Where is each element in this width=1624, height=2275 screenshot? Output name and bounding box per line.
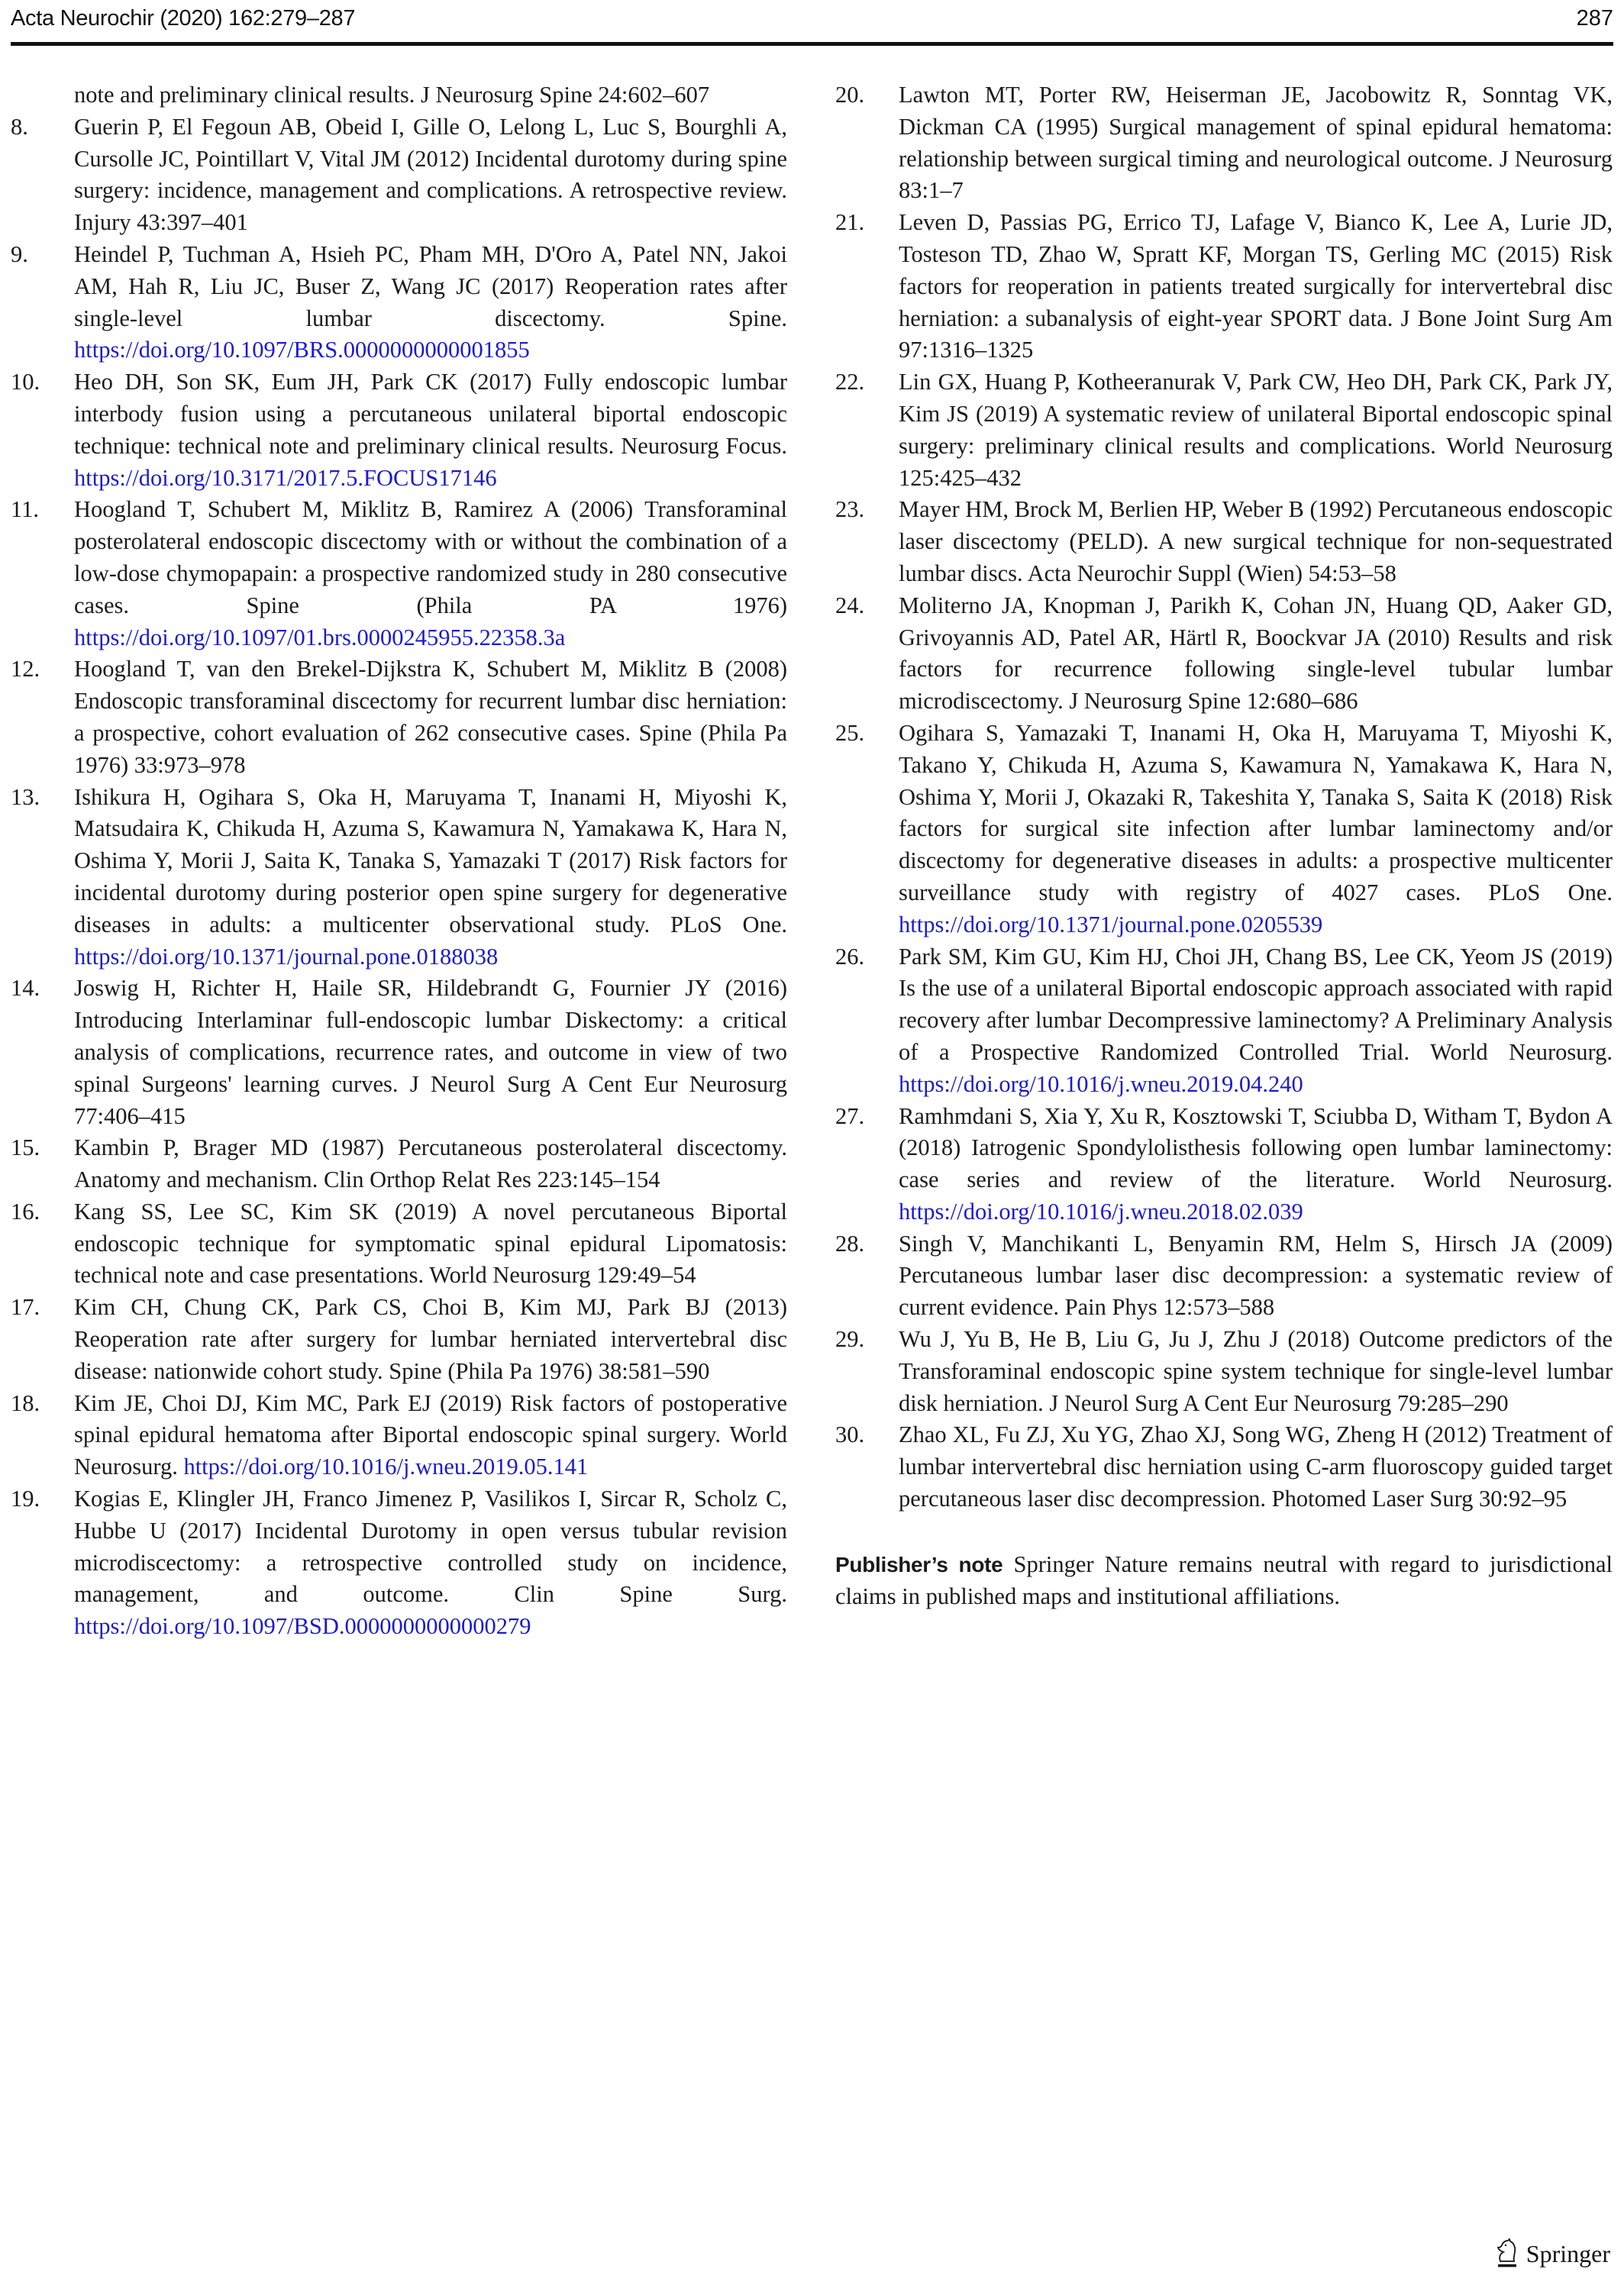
reference-number: 22. <box>835 366 864 399</box>
reference-item: 19.Kogias E, Klingler JH, Franco Jimenez… <box>11 1483 787 1643</box>
reference-text-block: Kang SS, Lee SC, Kim SK (2019) A novel p… <box>74 1196 787 1292</box>
reference-text-block: Heo DH, Son SK, Eum JH, Park CK (2017) F… <box>74 366 787 494</box>
reference-text-block: Park SM, Kim GU, Kim HJ, Choi JH, Chang … <box>899 941 1613 1101</box>
reference-text: Park SM, Kim GU, Kim HJ, Choi JH, Chang … <box>899 944 1613 1065</box>
reference-text: Moliterno JA, Knopman J, Parikh K, Cohan… <box>899 592 1613 714</box>
reference-text-block: Hoogland T, van den Brekel-Dijkstra K, S… <box>74 653 787 781</box>
reference-text: Ishikura H, Ogihara S, Oka H, Maruyama T… <box>74 784 787 937</box>
reference-text-block: Guerin P, El Fegoun AB, Obeid I, Gille O… <box>74 111 787 239</box>
reference-text-block: Singh V, Manchikanti L, Benyamin RM, Hel… <box>899 1228 1613 1324</box>
reference-text: Zhao XL, Fu ZJ, Xu YG, Zhao XJ, Song WG,… <box>899 1421 1613 1512</box>
reference-item: 14.Joswig H, Richter H, Haile SR, Hildeb… <box>11 973 787 1132</box>
reference-number: 24. <box>835 590 864 622</box>
reference-text-block: Lawton MT, Porter RW, Heiserman JE, Jaco… <box>899 79 1613 207</box>
reference-number: 10. <box>11 366 40 399</box>
reference-item: 27.Ramhmdani S, Xia Y, Xu R, Kosztowski … <box>835 1101 1613 1228</box>
reference-text-block: Moliterno JA, Knopman J, Parikh K, Cohan… <box>899 590 1613 718</box>
reference-item: 22.Lin GX, Huang P, Kotheeranurak V, Par… <box>835 366 1613 494</box>
reference-item: 23.Mayer HM, Brock M, Berlien HP, Weber … <box>835 494 1613 589</box>
reference-text: Singh V, Manchikanti L, Benyamin RM, Hel… <box>899 1231 1613 1321</box>
reference-text: Joswig H, Richter H, Haile SR, Hildebran… <box>74 975 787 1128</box>
reference-text: Kogias E, Klingler JH, Franco Jimenez P,… <box>74 1486 787 1607</box>
doi-link[interactable]: https://doi.org/10.1016/j.wneu.2018.02.0… <box>899 1199 1303 1225</box>
reference-number: 19. <box>11 1483 40 1515</box>
reference-text: Wu J, Yu B, He B, Liu G, Ju J, Zhu J (20… <box>899 1326 1613 1416</box>
reference-text: Mayer HM, Brock M, Berlien HP, Weber B (… <box>899 496 1613 586</box>
reference-number: 28. <box>835 1228 864 1260</box>
doi-link[interactable]: https://doi.org/10.1016/j.wneu.2019.04.2… <box>899 1071 1303 1097</box>
doi-link[interactable]: https://doi.org/10.1097/BRS.000000000000… <box>74 337 530 363</box>
reference-text: Hoogland T, Schubert M, Miklitz B, Ramir… <box>74 496 787 618</box>
reference-item: 21.Leven D, Passias PG, Errico TJ, Lafag… <box>835 207 1613 366</box>
reference-item: 10.Heo DH, Son SK, Eum JH, Park CK (2017… <box>11 366 787 494</box>
reference-text-block: Mayer HM, Brock M, Berlien HP, Weber B (… <box>899 494 1613 589</box>
reference-number: 23. <box>835 494 864 526</box>
reference-item: 12.Hoogland T, van den Brekel-Dijkstra K… <box>11 653 787 781</box>
reference-text-block: Heindel P, Tuchman A, Hsieh PC, Pham MH,… <box>74 239 787 366</box>
reference-text-block: Joswig H, Richter H, Haile SR, Hildebran… <box>74 973 787 1132</box>
reference-text-block: Wu J, Yu B, He B, Liu G, Ju J, Zhu J (20… <box>899 1324 1613 1419</box>
reference-number: 29. <box>835 1324 864 1356</box>
journal-citation: Acta Neurochir (2020) 162:279–287 <box>11 6 355 31</box>
page-number: 287 <box>1577 6 1613 31</box>
reference-item: 20.Lawton MT, Porter RW, Heiserman JE, J… <box>835 79 1613 207</box>
reference-number: 14. <box>11 973 40 1005</box>
springer-wordmark: Springer <box>1526 2240 1610 2268</box>
doi-link[interactable]: https://doi.org/10.1371/journal.pone.020… <box>899 912 1322 937</box>
reference-item: 30.Zhao XL, Fu ZJ, Xu YG, Zhao XJ, Song … <box>835 1419 1613 1515</box>
doi-link[interactable]: https://doi.org/10.1097/01.brs.000024595… <box>74 624 565 650</box>
reference-list-right: 20.Lawton MT, Porter RW, Heiserman JE, J… <box>835 79 1613 1515</box>
reference-text: Lawton MT, Porter RW, Heiserman JE, Jaco… <box>899 82 1613 203</box>
doi-link[interactable]: https://doi.org/10.1097/BSD.000000000000… <box>74 1613 531 1639</box>
reference-text: Ramhmdani S, Xia Y, Xu R, Kosztowski T, … <box>899 1103 1613 1193</box>
reference-number: 12. <box>11 653 40 686</box>
reference-text: Leven D, Passias PG, Errico TJ, Lafage V… <box>899 209 1613 363</box>
reference-text-block: Leven D, Passias PG, Errico TJ, Lafage V… <box>899 207 1613 366</box>
reference-number: 21. <box>835 207 864 239</box>
running-header: Acta Neurochir (2020) 162:279–287 287 <box>11 5 1613 44</box>
reference-text-block: Ishikura H, Ogihara S, Oka H, Maruyama T… <box>74 782 787 973</box>
reference-text-block: Kim CH, Chung CK, Park CS, Choi B, Kim M… <box>74 1292 787 1387</box>
reference-text: Kambin P, Brager MD (1987) Percutaneous … <box>74 1134 787 1192</box>
reference-item: 13.Ishikura H, Ogihara S, Oka H, Maruyam… <box>11 782 787 973</box>
reference-text-block: Kogias E, Klingler JH, Franco Jimenez P,… <box>74 1483 787 1643</box>
reference-list-left: 8.Guerin P, El Fegoun AB, Obeid I, Gille… <box>11 111 787 1643</box>
reference-text-block: Hoogland T, Schubert M, Miklitz B, Ramir… <box>74 494 787 653</box>
reference-number: 9. <box>11 239 28 271</box>
reference-item: 28.Singh V, Manchikanti L, Benyamin RM, … <box>835 1228 1613 1324</box>
doi-link[interactable]: https://doi.org/10.1016/j.wneu.2019.05.1… <box>183 1454 588 1480</box>
reference-item: 9.Heindel P, Tuchman A, Hsieh PC, Pham M… <box>11 239 787 366</box>
left-column: note and preliminary clinical results. J… <box>11 79 787 1643</box>
publishers-note-lead: Publisher’s note <box>835 1553 1002 1576</box>
header-rule <box>11 42 1613 46</box>
reference-item: 16.Kang SS, Lee SC, Kim SK (2019) A nove… <box>11 1196 787 1292</box>
reference-number: 30. <box>835 1419 864 1451</box>
reference-item: 24.Moliterno JA, Knopman J, Parikh K, Co… <box>835 590 1613 718</box>
reference-text: Hoogland T, van den Brekel-Dijkstra K, S… <box>74 656 787 777</box>
reference-text-block: Ramhmdani S, Xia Y, Xu R, Kosztowski T, … <box>899 1101 1613 1228</box>
reference-number: 25. <box>835 718 864 750</box>
doi-link[interactable]: https://doi.org/10.3171/2017.5.FOCUS1714… <box>74 465 497 491</box>
reference-text-block: Kim JE, Choi DJ, Kim MC, Park EJ (2019) … <box>74 1388 787 1483</box>
reference-number: 8. <box>11 111 28 144</box>
publishers-note: Publisher’s note Springer Nature remains… <box>835 1549 1613 1613</box>
reference-item: 26.Park SM, Kim GU, Kim HJ, Choi JH, Cha… <box>835 941 1613 1101</box>
springer-logo: Springer <box>1494 2237 1610 2270</box>
reference-number: 18. <box>11 1388 40 1420</box>
reference-item: 8.Guerin P, El Fegoun AB, Obeid I, Gille… <box>11 111 787 239</box>
reference-text: Lin GX, Huang P, Kotheeranurak V, Park C… <box>899 369 1613 490</box>
reference-text: Guerin P, El Fegoun AB, Obeid I, Gille O… <box>74 114 787 235</box>
doi-link[interactable]: https://doi.org/10.1371/journal.pone.018… <box>74 944 498 970</box>
reference-number: 27. <box>835 1101 864 1133</box>
reference-item: 11.Hoogland T, Schubert M, Miklitz B, Ra… <box>11 494 787 653</box>
reference-number: 20. <box>835 79 864 111</box>
reference-number: 11. <box>11 494 39 526</box>
reference-number: 16. <box>11 1196 40 1228</box>
reference-continuation: note and preliminary clinical results. J… <box>11 79 787 111</box>
reference-text: Kim CH, Chung CK, Park CS, Choi B, Kim M… <box>74 1294 787 1384</box>
reference-number: 13. <box>11 782 40 814</box>
reference-text: Heo DH, Son SK, Eum JH, Park CK (2017) F… <box>74 369 787 459</box>
right-column: 20.Lawton MT, Porter RW, Heiserman JE, J… <box>835 79 1613 1612</box>
reference-text-block: Kambin P, Brager MD (1987) Percutaneous … <box>74 1132 787 1196</box>
springer-knight-icon <box>1494 2238 1520 2269</box>
reference-text-block: Lin GX, Huang P, Kotheeranurak V, Park C… <box>899 366 1613 494</box>
reference-text: Kang SS, Lee SC, Kim SK (2019) A novel p… <box>74 1199 787 1289</box>
reference-number: 26. <box>835 941 864 973</box>
reference-item: 18.Kim JE, Choi DJ, Kim MC, Park EJ (201… <box>11 1388 787 1483</box>
reference-number: 15. <box>11 1132 40 1164</box>
reference-number: 17. <box>11 1292 40 1324</box>
reference-text-block: Zhao XL, Fu ZJ, Xu YG, Zhao XJ, Song WG,… <box>899 1419 1613 1515</box>
reference-item: 15.Kambin P, Brager MD (1987) Percutaneo… <box>11 1132 787 1196</box>
reference-item: 29.Wu J, Yu B, He B, Liu G, Ju J, Zhu J … <box>835 1324 1613 1419</box>
reference-text: Heindel P, Tuchman A, Hsieh PC, Pham MH,… <box>74 241 787 331</box>
reference-item: 17.Kim CH, Chung CK, Park CS, Choi B, Ki… <box>11 1292 787 1387</box>
reference-text: Ogihara S, Yamazaki T, Inanami H, Oka H,… <box>899 720 1613 905</box>
reference-item: 25.Ogihara S, Yamazaki T, Inanami H, Oka… <box>835 718 1613 941</box>
reference-text-block: Ogihara S, Yamazaki T, Inanami H, Oka H,… <box>899 718 1613 941</box>
